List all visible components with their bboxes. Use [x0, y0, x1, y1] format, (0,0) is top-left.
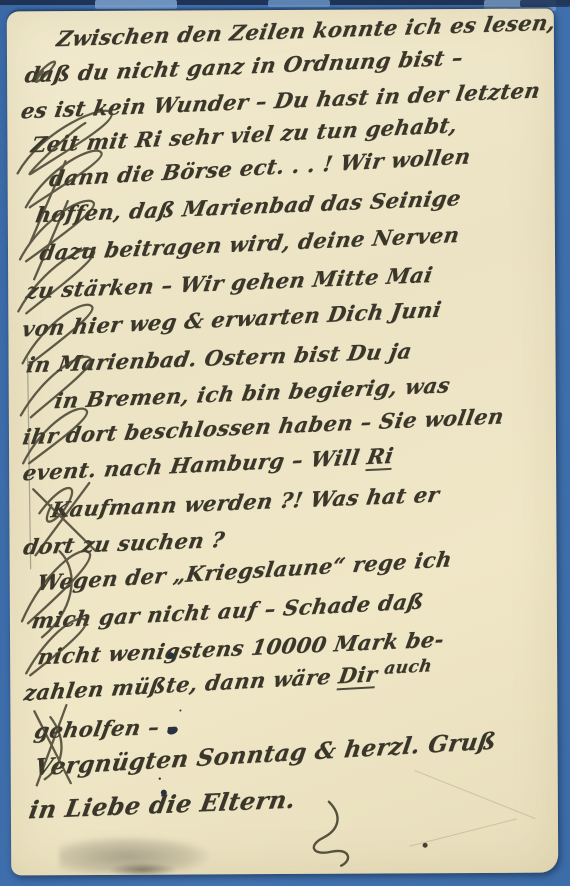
ink-dot [423, 843, 428, 848]
scribble-mark [34, 201, 68, 279]
scribble-mark [22, 551, 91, 623]
scribble-mark [30, 161, 66, 243]
ink-speck [159, 777, 161, 779]
ink-blot [166, 725, 179, 736]
postcard: Zwischen den Zeilen konnte ich es lesen,… [7, 9, 559, 876]
scribble-mark [26, 619, 87, 676]
ink-speck [179, 710, 181, 712]
ink-blot [168, 652, 174, 658]
signature-flourish [314, 802, 348, 866]
scan-light-patch [95, 0, 177, 9]
scribble-mark [33, 489, 95, 551]
scan-dark-patch [520, 0, 570, 7]
scan-light-patch [268, 0, 330, 7]
scan-background: Zwischen den Zeilen konnte ich es lesen,… [0, 0, 570, 886]
margin-scribbles [7, 9, 559, 876]
scribble-mark [39, 488, 72, 522]
ink-blot [161, 790, 167, 796]
scribble-mark [25, 151, 101, 208]
scribble-mark [20, 201, 95, 262]
scribble-mark [35, 62, 55, 82]
scribble-mark [35, 483, 89, 555]
postmark-smudge [107, 863, 177, 876]
